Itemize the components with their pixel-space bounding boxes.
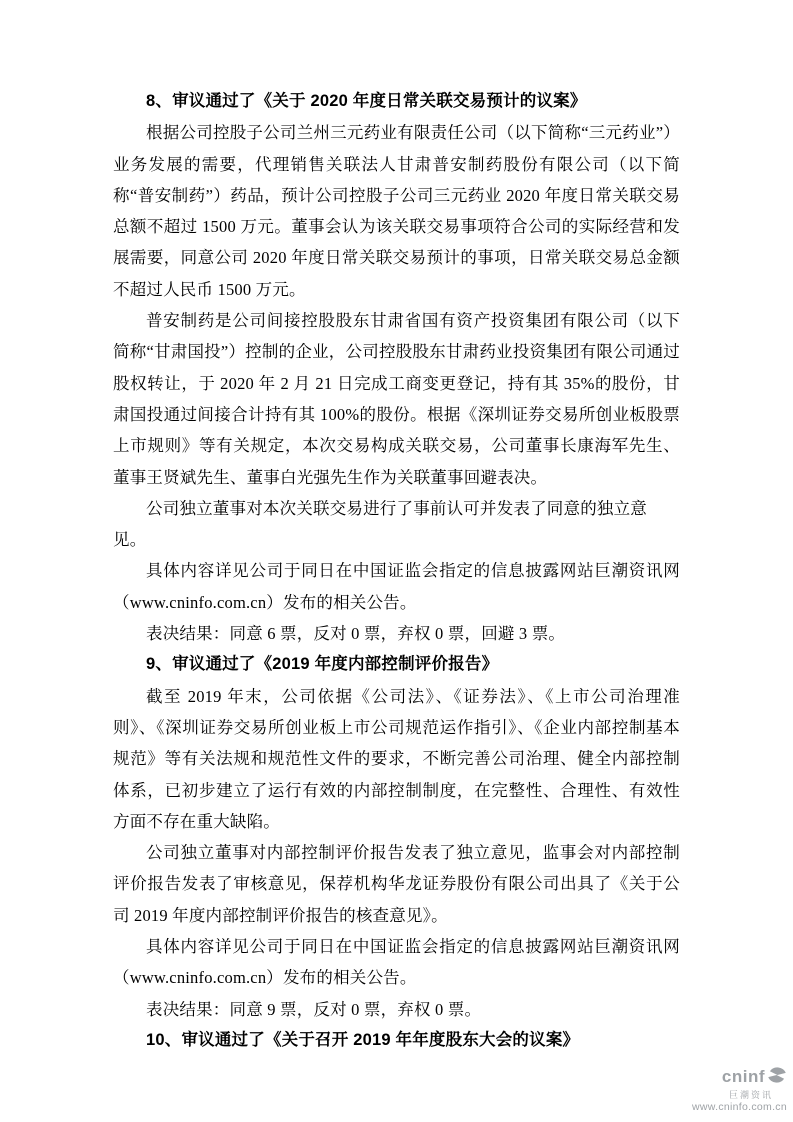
cninfo-wordmark: cninf — [722, 1068, 765, 1087]
item-10-heading: 10、审议通过了《关于召开 2019 年年度股东大会的议案》 — [113, 1025, 680, 1056]
item-9-paragraph-1: 截至 2019 年末，公司依据《公司法》、《证券法》、《上市公司治理准则》、《深… — [113, 681, 680, 837]
cninfo-swirl-icon — [767, 1065, 787, 1090]
document-body: 8、审议通过了《关于 2020 年度日常关联交易预计的议案》 根据公司控股子公司… — [113, 86, 680, 1056]
cninfo-cn-name: 巨潮资讯 — [692, 1091, 773, 1101]
item-8-independent-opinion: 公司独立董事对本次关联交易进行了事前认可并发表了同意的独立意见。 — [113, 493, 680, 556]
item-9-heading: 9、审议通过了《2019 年度内部控制评价报告》 — [113, 649, 680, 680]
item-8-vote-result: 表决结果：同意 6 票，反对 0 票，弃权 0 票，回避 3 票。 — [113, 618, 680, 649]
item-8-paragraph-2: 普安制药是公司间接控股股东甘肃省国有资产投资集团有限公司（以下简称“甘肃国投”）… — [113, 305, 680, 493]
item-8-paragraph-1: 根据公司控股子公司兰州三元药业有限责任公司（以下简称“三元药业”）业务发展的需要… — [113, 117, 680, 305]
item-8-disclosure-note: 具体内容详见公司于同日在中国证监会指定的信息披露网站巨潮资讯网（www.cnin… — [113, 555, 680, 618]
item-9-disclosure-note: 具体内容详见公司于同日在中国证监会指定的信息披露网站巨潮资讯网（www.cnin… — [113, 931, 680, 994]
item-8-heading: 8、审议通过了《关于 2020 年度日常关联交易预计的议案》 — [113, 86, 680, 117]
cninfo-url: www.cninfo.com.cn — [692, 1102, 787, 1114]
document-page: 8、审议通过了《关于 2020 年度日常关联交易预计的议案》 根据公司控股子公司… — [0, 0, 793, 1122]
item-9-vote-result: 表决结果：同意 9 票，反对 0 票，弃权 0 票。 — [113, 994, 680, 1025]
cninfo-watermark-logo: cninf 巨潮资讯 www.cninfo.com.cn — [692, 1065, 787, 1114]
item-9-paragraph-2: 公司独立董事对内部控制评价报告发表了独立意见，监事会对内部控制评价报告发表了审核… — [113, 837, 680, 931]
